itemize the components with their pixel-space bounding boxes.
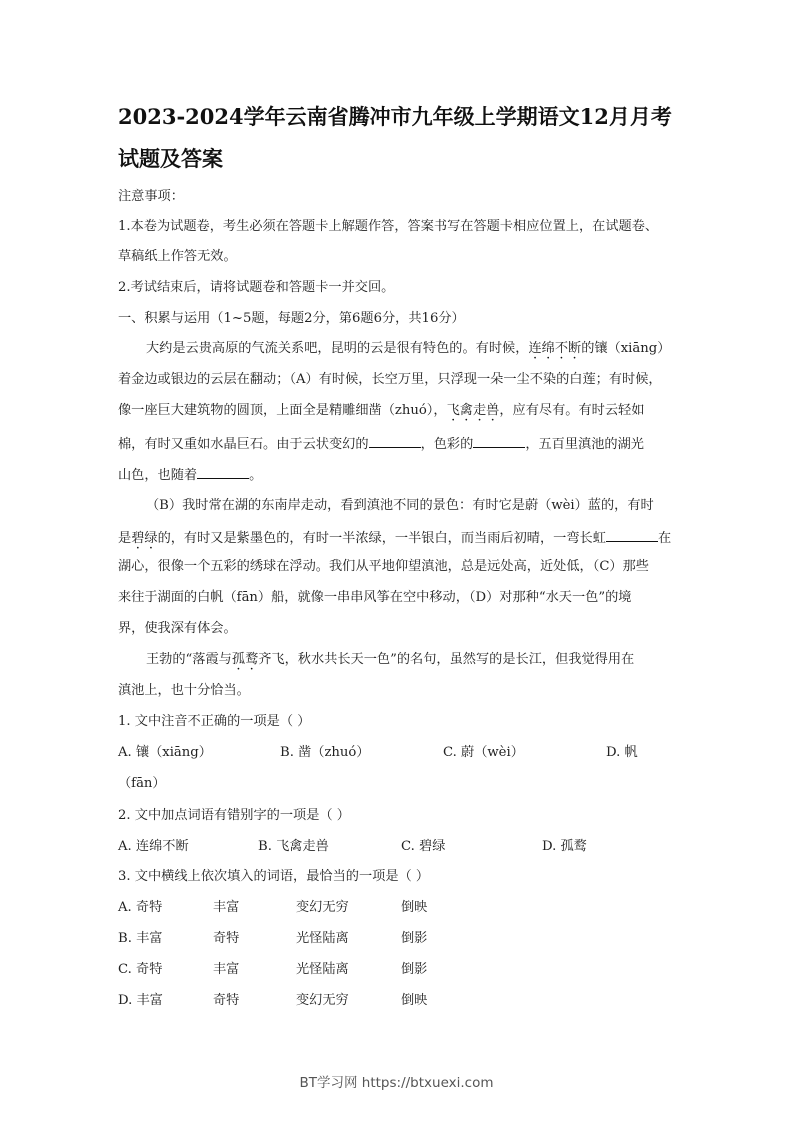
fill-blank-4 <box>606 527 658 542</box>
passage-line: 山色，也随着。 <box>118 464 688 485</box>
document-title-line-1: 2023-2024学年云南省腾冲市九年级上学期语文12月月考 <box>118 102 688 132</box>
dotted-char: 飞 <box>447 403 460 418</box>
passage-line: 滇池上，也十分恰当。 <box>118 682 688 700</box>
option-b: B. 飞禽走兽 <box>258 838 329 856</box>
dotted-char: 绵 <box>542 341 555 356</box>
passage-line: 是碧绿的，有时又是紫墨色的，有时一半浓绿，一半银白，而当雨后初晴，一弯长虹在 <box>118 527 688 548</box>
fill-blank-2 <box>473 433 525 448</box>
question-3-stem: 3. 文中横线上依次填入的词语，最恰当的一项是（ ） <box>118 868 688 886</box>
option-c: C. 碧绿 <box>401 838 445 856</box>
dotted-char: 绿 <box>144 531 157 546</box>
exam-page: 2023-2024学年云南省腾冲市九年级上学期语文12月月考 试题及答案 注意事… <box>0 0 793 1122</box>
passage-line: 王勃的“落霞与孤鹜齐飞，秋水共长天一色”的名句，虽然写的是长江，但我觉得用在 <box>146 651 688 669</box>
option-b: B. 凿（zhuó） <box>280 744 370 762</box>
question-1-option-d-cont: （fān） <box>118 775 688 793</box>
notice-item-2: 2.考试结束后，请将试题卷和答题卡一并交回。 <box>118 279 688 297</box>
footer-watermark: BT学习网 https://btxuexi.com <box>0 1071 793 1091</box>
passage-line: 棉，有时又重如水晶巨石。由于云状变幻的，色彩的，五百里滇池的湖光 <box>118 433 688 454</box>
question-1-stem: 1. 文中注音不正确的一项是（ ） <box>118 713 688 731</box>
notice-item-1-cont: 草稿纸上作答无效。 <box>118 248 688 266</box>
section-heading: 一、积累与运用（1~5题，每题2分，第6题6分，共16分） <box>118 310 688 328</box>
option-a: A. 镶（xiāng） <box>118 744 212 762</box>
passage-line: 界，使我深有体会。 <box>118 620 688 638</box>
passage-line: 大约是云贵高原的气流关系吧，昆明的云是很有特色的。有时候，连绵不断的镶（xiān… <box>146 340 688 358</box>
document-title-line-2: 试题及答案 <box>118 144 688 174</box>
dotted-char: 连 <box>528 341 541 356</box>
option-d: D. 孤鹜 <box>542 838 587 856</box>
option-c: C. 蔚（wèi） <box>443 744 524 762</box>
question-2-stem: 2. 文中加点词语有错别字的一项是（ ） <box>118 807 688 825</box>
dotted-char: 禽 <box>460 403 473 418</box>
dotted-char: 兽 <box>486 403 499 418</box>
dotted-char: 鹜 <box>245 652 258 667</box>
option-d: D. 帆 <box>606 744 638 762</box>
dotted-char: 走 <box>473 403 486 418</box>
dotted-char: 碧 <box>131 531 144 546</box>
notice-item-1: 1.本卷为试题卷，考生必须在答题卡上解题作答，答案书写在答题卡相应位置上，在试题… <box>118 218 688 236</box>
passage-line: 来往于湖面的白帆（fān）船，就像一串串风筝在空中移动，（D）对那种“水天一色”… <box>118 589 688 607</box>
fill-blank-3 <box>197 464 249 479</box>
passage-line: 着金边或银边的云层在翻动；（A）有时候，长空万里，只浮现一朵一尘不染的白莲；有时… <box>118 371 688 389</box>
fill-blank-1 <box>369 433 421 448</box>
dotted-char: 不 <box>555 341 568 356</box>
dotted-char: 孤 <box>232 652 245 667</box>
dotted-char: 断 <box>568 341 581 356</box>
option-a: A. 连绵不断 <box>118 838 189 856</box>
notice-heading: 注意事项： <box>118 188 688 206</box>
passage-line: （B）我时常在湖的东南岸走动，看到滇池不同的景色：有时它是蔚（wèi）蓝的，有时 <box>146 497 688 515</box>
passage-line: 湖心，很像一个五彩的绣球在浮动。我们从平地仰望滇池，总是远处高，近处低，（C）那… <box>118 558 688 576</box>
passage-line: 像一座巨大建筑物的圆顶，上面全是精雕细凿（zhuó），飞禽走兽，应有尽有。有时云… <box>118 402 688 420</box>
